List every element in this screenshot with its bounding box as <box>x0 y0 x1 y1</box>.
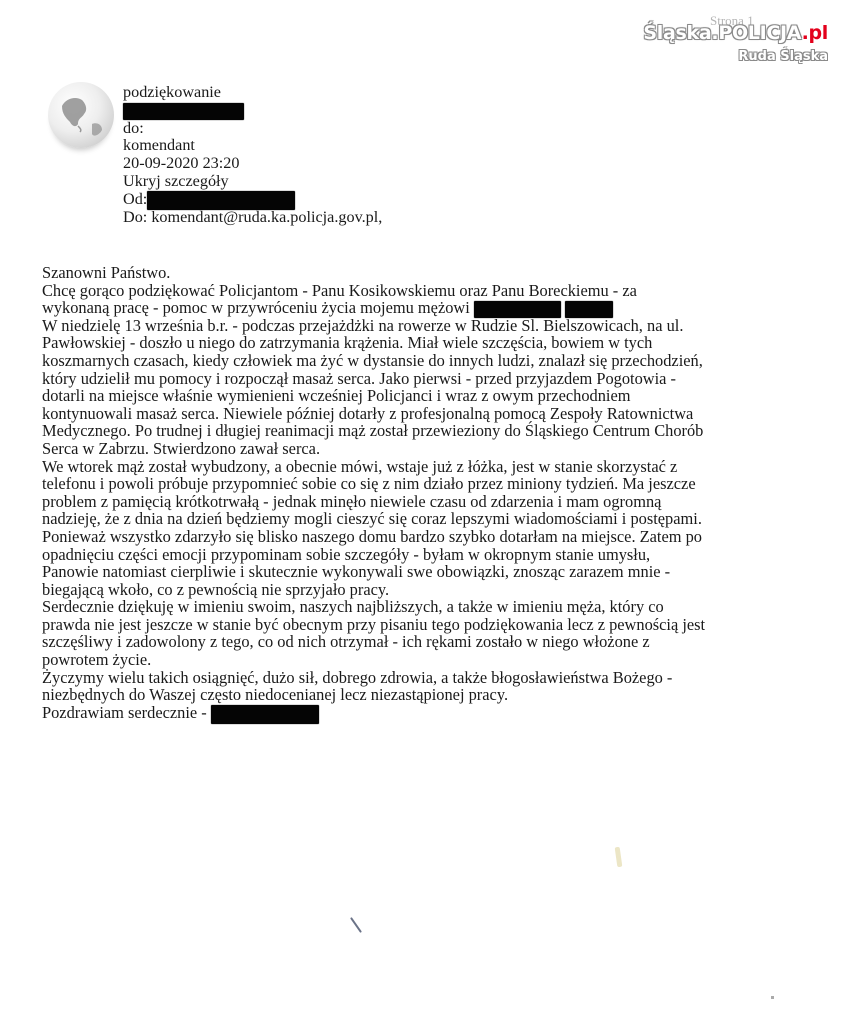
from-label: Od: <box>123 190 147 208</box>
email-header: podziękowanie do: komendant 20-09-2020 2… <box>123 84 382 226</box>
redacted-sender-name <box>123 103 244 120</box>
letter-line: wykonaną pracę - pomoc w przywróceniu ży… <box>42 298 470 317</box>
letter-greeting: Szanowni Państwo. <box>42 264 842 282</box>
police-watermark-logo: Śląska.POLICJA.pl Ruda Śląska <box>643 22 828 65</box>
letter-line: koszmarnych czasach, kiedy człowiek ma ż… <box>42 352 842 370</box>
letter-body: Szanowni Państwo. Chcę gorąco podziękowa… <box>42 264 842 721</box>
letter-line: powrotem życie. <box>42 651 842 669</box>
letter-line: prawda nie jest jeszcze w stanie być obe… <box>42 616 842 634</box>
hide-details-link[interactable]: Ukryj szczegóły <box>123 173 382 191</box>
letter-line: szczęśliwy i zadowolony z tego, co od ni… <box>42 633 842 651</box>
letter-line: Panowie natomiast cierpliwie i skuteczni… <box>42 563 842 581</box>
email-subject: podziękowanie <box>123 84 382 102</box>
email-datetime: 20-09-2020 23:20 <box>123 155 382 173</box>
letter-line: Ponieważ wszystko zdarzyło się blisko na… <box>42 528 842 546</box>
letter-line: niezbędnych do Waszej często niedocenian… <box>42 686 842 704</box>
letter-line: telefonu i powoli próbuje przypomnieć so… <box>42 475 842 493</box>
letter-line: biegającą wkoło, co z pewnością nie sprz… <box>42 581 842 599</box>
letter-line: Serca w Zabrzu. Stwierdzono zawał serca. <box>42 440 842 458</box>
letter-line: We wtorek mąż został wybudzony, a obecni… <box>42 458 842 476</box>
letter-line: Serdecznie dziękuję w imieniu swoim, nas… <box>42 598 842 616</box>
redacted-signature <box>211 705 319 724</box>
recipient-name: komendant <box>123 137 382 155</box>
to-label: do: <box>123 120 382 138</box>
brand-name: Śląska.POLICJA <box>643 22 801 44</box>
recipient-address: Do: komendant@ruda.ka.policja.gov.pl, <box>123 209 382 227</box>
letter-line: Chcę gorąco podziękować Policjantom - Pa… <box>42 282 842 300</box>
scan-artifact <box>615 847 623 868</box>
letter-line: który udzielił mu pomocy i rozpoczął mas… <box>42 370 842 388</box>
letter-line: problem z pamięcią krótkotrwałą - jednak… <box>42 493 842 511</box>
letter-line: Medycznego. Po trudnej i długiej reanima… <box>42 422 842 440</box>
letter-line: nadzieję, że z dnia na dzień będziemy mo… <box>42 510 842 528</box>
letter-line: W niedzielę 13 września b.r. - podczas p… <box>42 317 842 335</box>
scan-artifact <box>350 917 362 933</box>
letter-closing: Pozdrawiam serdecznie - <box>42 703 207 722</box>
brand-logo-text: Śląska.POLICJA.pl <box>643 22 828 44</box>
letter-line: opadnięciu części emocji przypominam sob… <box>42 546 842 564</box>
brand-tld: .pl <box>802 22 828 44</box>
scan-artifact <box>771 996 774 999</box>
letter-line: kontynuowali masaż serca. Niewiele późni… <box>42 405 842 423</box>
redacted-sender-address <box>147 191 295 210</box>
unit-name: Ruda Śląska <box>643 49 828 65</box>
letter-line: Pawłowskiej - doszło u niego do zatrzyma… <box>42 334 842 352</box>
letter-line: Życzymy wielu takich osiągnięć, dużo sił… <box>42 669 842 687</box>
globe-icon <box>48 82 114 148</box>
letter-line: dotarli na miejsce właśnie wymienieni wc… <box>42 387 842 405</box>
